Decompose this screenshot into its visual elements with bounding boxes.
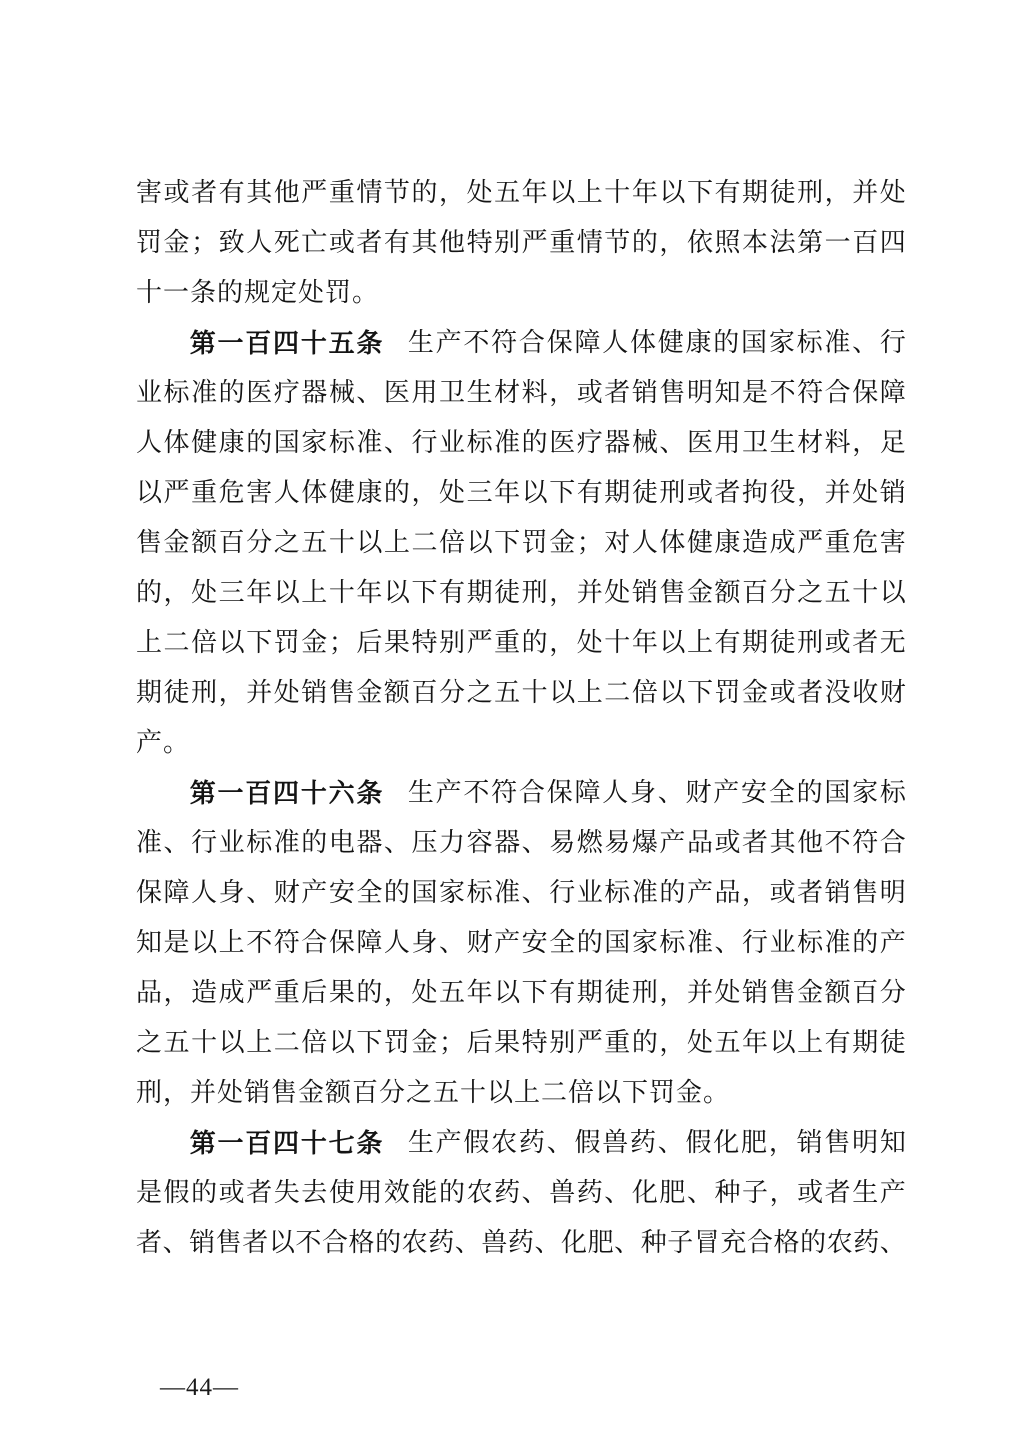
body-char: 准	[632, 868, 658, 918]
paragraph-indent	[136, 1118, 188, 1168]
body-char: 的	[356, 968, 382, 1018]
body-char: 售	[770, 968, 796, 1018]
body-char: 或	[770, 868, 796, 918]
body-char: 的	[632, 218, 658, 268]
body-char: 或	[797, 1168, 823, 1218]
body-char: 以	[136, 468, 162, 518]
body-char: 以	[219, 1018, 245, 1068]
body-char: 处	[714, 968, 740, 1018]
body-char: 以	[522, 468, 548, 518]
body-char: 、	[384, 418, 410, 468]
document-page: 害或者有其他严重情节的，处五年以上十年以下有期徒刑，并处罚金；致人死亡或者有其他…	[0, 0, 1024, 1448]
body-char: 器	[356, 818, 382, 868]
body-char: 节	[384, 168, 410, 218]
body-char: 是	[164, 918, 190, 968]
body-char: 额	[825, 968, 851, 1018]
body-char: 年	[356, 568, 382, 618]
body-char: 对	[604, 518, 630, 568]
body-char: 易	[604, 818, 630, 868]
text-line: 以严重危害人体健康的，处三年以下有期徒刑或者拘役，并处销	[136, 468, 906, 518]
body-char: ，	[769, 1118, 795, 1168]
body-char: 保	[329, 918, 355, 968]
body-char: 售	[659, 368, 685, 418]
body-char: 金	[742, 668, 768, 718]
body-char: 障	[164, 868, 190, 918]
body-char: 本	[742, 218, 768, 268]
body-char: 重	[191, 468, 217, 518]
body-char: 倍	[439, 518, 465, 568]
body-char: 生	[770, 418, 796, 468]
body-char: 准	[687, 918, 713, 968]
body-char: 、	[604, 1168, 630, 1218]
body-char: 下	[411, 568, 437, 618]
body-char: 燃	[577, 818, 603, 868]
body-char: 徒	[164, 668, 190, 718]
body-char: 之	[797, 568, 823, 618]
body-char: 业	[577, 868, 603, 918]
body-char: 体	[301, 468, 327, 518]
body-char: 体	[164, 418, 190, 468]
text-line: 刑，并处销售金额百分之五十以上二倍以下罚金。	[136, 1068, 906, 1118]
body-char: 特	[467, 218, 493, 268]
body-char: 者	[136, 1218, 162, 1268]
body-char: 别	[439, 618, 465, 668]
body-char: 国	[604, 918, 630, 968]
body-char: 上	[136, 618, 162, 668]
body-char: ；	[577, 518, 603, 568]
body-char: 售	[136, 518, 162, 568]
body-char: 其	[770, 818, 796, 868]
body-char: 障	[574, 318, 600, 368]
body-char: 重	[549, 218, 575, 268]
body-char: 果	[494, 1018, 520, 1068]
body-char: ，	[219, 668, 245, 718]
body-char: 以	[549, 168, 575, 218]
body-char: 去	[301, 1168, 327, 1218]
body-char: 下	[246, 618, 272, 668]
body-char: 用	[714, 418, 740, 468]
body-char: 、	[522, 818, 548, 868]
text-line: 上二倍以下罚金；后果特别严重的，处十年以上有期徒刑或者无	[136, 618, 906, 668]
body-char: 生	[467, 368, 493, 418]
body-char: 农	[402, 1218, 428, 1268]
body-char: 以	[329, 1018, 355, 1068]
body-char: 合	[825, 368, 851, 418]
body-char: 五	[439, 968, 465, 1018]
body-char: 品	[136, 968, 162, 1018]
body-char: 的	[577, 918, 603, 968]
body-char: 符	[491, 318, 517, 368]
body-char: 械	[632, 418, 658, 468]
body-char: 生	[408, 768, 434, 818]
body-char: 身	[411, 918, 437, 968]
body-char: 之	[136, 1018, 162, 1068]
body-char: 上	[577, 668, 603, 718]
body-char: 他	[439, 218, 465, 268]
body-char: 不	[295, 1218, 321, 1268]
body-char: 金	[549, 518, 575, 568]
body-char: 销	[797, 1118, 823, 1168]
body-char: 、	[522, 1168, 548, 1218]
body-char: 电	[329, 818, 355, 868]
body-char: 标	[467, 418, 493, 468]
body-char: 的	[191, 1168, 217, 1218]
body-char: 二	[164, 618, 190, 668]
body-char: 国	[824, 768, 850, 818]
body-char: 者	[714, 468, 740, 518]
paragraph-indent	[136, 768, 188, 818]
body-char: 疗	[577, 418, 603, 468]
body-char: 肥	[659, 1168, 685, 1218]
body-char: 人	[602, 318, 628, 368]
body-char: 者	[356, 218, 382, 268]
body-char: 行	[549, 868, 575, 918]
text-line: 知是以上不符合保障人身、财产安全的国家标准、行业标准的产	[136, 918, 906, 968]
body-char: 、	[547, 1118, 573, 1168]
article-heading-char: 十	[301, 1118, 327, 1168]
article-heading-char: 第	[190, 768, 216, 818]
body-char: 的	[301, 818, 327, 868]
body-char: 并	[577, 568, 603, 618]
body-char: 重	[274, 968, 300, 1018]
body-char: 行	[880, 318, 906, 368]
body-char: 的	[246, 418, 272, 468]
body-char: 不	[463, 318, 489, 368]
body-char: 有	[439, 568, 465, 618]
article-heading-char: 一	[218, 1118, 244, 1168]
body-char: 是	[136, 1168, 162, 1218]
body-char: 不	[246, 918, 272, 968]
body-char: 徒	[880, 1018, 906, 1068]
body-char: 体	[630, 318, 656, 368]
body-char: 器	[301, 368, 327, 418]
body-char: 知	[714, 368, 740, 418]
body-char: 罚	[714, 668, 740, 718]
body-char: 的	[439, 1168, 465, 1218]
body-char: 的	[384, 468, 410, 518]
body-char: 收	[852, 668, 878, 718]
body-char: 或	[164, 168, 190, 218]
article-heading-char: 百	[245, 318, 271, 368]
body-char: 刑	[632, 968, 658, 1018]
text-line: 害或者有其他严重情节的，处五年以上十年以下有期徒刑，并处	[136, 168, 906, 218]
body-char: 药	[494, 1168, 520, 1218]
body-char: 全	[769, 768, 795, 818]
body-char: 处	[274, 668, 300, 718]
body-char: 罚	[522, 518, 548, 568]
body-char: 有	[577, 468, 603, 518]
body-char: 料	[522, 368, 548, 418]
body-char: 以	[494, 968, 520, 1018]
body-char: 销	[301, 668, 327, 718]
text-line: 准、行业标准的电器、压力容器、易燃易爆产品或者其他不符合	[136, 818, 906, 868]
body-char: 知	[136, 918, 162, 968]
body-char: 倍	[301, 1018, 327, 1068]
body-char: 金	[797, 968, 823, 1018]
body-char: 者	[246, 1168, 272, 1218]
body-char: 倍	[632, 668, 658, 718]
body-char: 罚	[136, 218, 162, 268]
body-char: 兽	[602, 1118, 628, 1168]
body-char: 四	[880, 218, 906, 268]
text-line: 保障人身、财产安全的国家标准、行业标准的产品，或者销售明	[136, 868, 906, 918]
body-char: 人	[602, 768, 628, 818]
body-char: 行	[411, 418, 437, 468]
text-line: 第一百四十五条生产不符合保障人体健康的国家标准、行	[136, 318, 906, 368]
body-char: 业	[136, 368, 162, 418]
body-char: 行	[742, 918, 768, 968]
body-char: 罚	[274, 618, 300, 668]
body-char: 业	[219, 818, 245, 868]
body-char: 械	[329, 368, 355, 418]
body-char: 卫	[742, 418, 768, 468]
body-char: ，	[549, 368, 575, 418]
body-char: ，	[164, 568, 190, 618]
body-char: 五	[494, 168, 520, 218]
body-char: 安	[741, 768, 767, 818]
body-char: 使	[329, 1168, 355, 1218]
body-char: 后	[356, 618, 382, 668]
body-char: 足	[880, 418, 906, 468]
body-char: 产	[880, 918, 906, 968]
body-char: 家	[769, 318, 795, 368]
body-char: 百	[852, 218, 878, 268]
body-char: 期	[742, 618, 768, 668]
body-char: 安	[329, 868, 355, 918]
body-char: 、	[614, 1218, 640, 1268]
body-char: 医	[687, 418, 713, 468]
body-char: 的	[522, 418, 548, 468]
body-char: 业	[770, 918, 796, 968]
body-char: 别	[549, 1018, 575, 1068]
body-char: 二	[411, 518, 437, 568]
body-char: 徒	[604, 968, 630, 1018]
body-char: 并	[687, 968, 713, 1018]
body-char: 期	[852, 1018, 878, 1068]
body-char: 分	[439, 668, 465, 718]
body-char: 假	[164, 1168, 190, 1218]
article-heading-char: 四	[273, 768, 299, 818]
body-char: 拘	[742, 468, 768, 518]
body-char: 十	[329, 518, 355, 568]
body-char: 标	[164, 368, 190, 418]
body-char: ，	[797, 468, 823, 518]
body-char: 严	[577, 1018, 603, 1068]
body-char: 全	[356, 868, 382, 918]
body-char: 或	[329, 218, 355, 268]
body-char: 保	[547, 768, 573, 818]
body-char: 处	[577, 618, 603, 668]
body-char: 化	[561, 1218, 587, 1268]
article-heading-char: 五	[329, 318, 355, 368]
body-char: 、	[658, 1118, 684, 1168]
body-char: 严	[164, 468, 190, 518]
body-char: 国	[274, 418, 300, 468]
article-heading-char: 十	[301, 768, 327, 818]
body-char: 准	[136, 818, 162, 868]
body-char: 金	[164, 518, 190, 568]
body-char: ，	[549, 618, 575, 668]
body-char: 特	[411, 618, 437, 668]
body-char: 财	[686, 768, 712, 818]
body-char: 年	[632, 618, 658, 668]
body-char: 家	[439, 868, 465, 918]
body-char: ，	[825, 168, 851, 218]
body-char: 种	[641, 1218, 667, 1268]
body-char: 全	[549, 918, 575, 968]
body-char: 售	[329, 668, 355, 718]
text-line: 业标准的医疗器械、医用卫生材料，或者销售明知是不符合保障	[136, 368, 906, 418]
body-char: 期	[742, 168, 768, 218]
article-heading-char: 六	[329, 768, 355, 818]
body-char: 有	[714, 168, 740, 218]
body-char: 以	[659, 668, 685, 718]
text-line: 十一条的规定处罚。	[136, 268, 906, 318]
body-char: 额	[384, 668, 410, 718]
body-char: 的	[713, 318, 739, 368]
body-char: 准	[494, 418, 520, 468]
body-char: 严	[797, 518, 823, 568]
body-char: 种	[714, 1168, 740, 1218]
body-char: 标	[246, 818, 272, 868]
body-char: 财	[274, 868, 300, 918]
body-char: 保	[852, 368, 878, 418]
body-char: 、	[384, 818, 410, 868]
body-char: 处	[880, 168, 906, 218]
body-char: 二	[274, 1018, 300, 1068]
body-char: 财	[880, 668, 906, 718]
body-char: 刑	[659, 468, 685, 518]
body-char: 之	[467, 668, 493, 718]
body-char: 分	[246, 518, 272, 568]
body-char: 下	[522, 968, 548, 1018]
body-char: 化	[713, 1118, 739, 1168]
body-char: 金	[356, 668, 382, 718]
body-char: 的	[522, 618, 548, 668]
body-char: 、	[522, 868, 548, 918]
body-char: 其	[246, 168, 272, 218]
article-heading-char: 百	[245, 768, 271, 818]
body-char: 有	[219, 168, 245, 218]
article-heading-char: 一	[218, 768, 244, 818]
body-char: 标	[659, 918, 685, 968]
body-char: 处	[604, 568, 630, 618]
body-char: 之	[274, 518, 300, 568]
body-char: 压	[411, 818, 437, 868]
body-char: 额	[714, 568, 740, 618]
body-char: 后	[467, 1018, 493, 1068]
body-char: 是	[742, 368, 768, 418]
body-char: 兽	[481, 1218, 507, 1268]
article-heading-char: 四	[273, 318, 299, 368]
article-heading-char: 四	[273, 1118, 299, 1168]
body-char: 、	[687, 1168, 713, 1218]
body-char: 标	[329, 418, 355, 468]
body-char: 徒	[770, 618, 796, 668]
body-char: 金	[164, 218, 190, 268]
body-char: 果	[384, 618, 410, 668]
body-char: 十	[522, 668, 548, 718]
body-char: 十	[852, 568, 878, 618]
body-char: 身	[219, 868, 245, 918]
text-line: 期徒刑，并处销售金额百分之五十以上二倍以下罚金或者没收财	[136, 668, 906, 718]
body-char: 他	[797, 818, 823, 868]
body-char: 徒	[770, 168, 796, 218]
text-line: 产。	[136, 718, 906, 768]
body-char: 或	[687, 468, 713, 518]
body-char: 成	[219, 968, 245, 1018]
body-char: 生	[408, 1118, 434, 1168]
body-char: 年	[522, 168, 548, 218]
body-char: 障	[880, 368, 906, 418]
body-char: 以	[191, 918, 217, 968]
body-char: 销	[880, 468, 906, 518]
body-char: 分	[880, 968, 906, 1018]
heading-gap	[384, 768, 406, 818]
body-char: 人	[191, 868, 217, 918]
body-char: 百	[219, 518, 245, 568]
body-char: 情	[577, 218, 603, 268]
body-char: 的	[136, 568, 162, 618]
body-char: 家	[301, 418, 327, 468]
body-char: 以	[274, 568, 300, 618]
body-char: 、	[356, 368, 382, 418]
body-char: 器	[494, 818, 520, 868]
body-char: 十	[191, 1018, 217, 1068]
body-char: 十	[604, 168, 630, 218]
body-char: 标	[797, 318, 823, 368]
body-char: 售	[852, 868, 878, 918]
body-char: 人	[274, 468, 300, 518]
body-char: 、	[880, 1218, 906, 1268]
body-char: 障	[574, 768, 600, 818]
body-char: 效	[384, 1168, 410, 1218]
body-char: ，	[852, 418, 878, 468]
body-char: 材	[494, 368, 520, 418]
body-char: 上	[687, 618, 713, 668]
body-char: 产	[659, 818, 685, 868]
body-char: 五	[494, 668, 520, 718]
body-char: 符	[491, 768, 517, 818]
body-char: ；	[191, 218, 217, 268]
body-char: ，	[549, 568, 575, 618]
body-char: 处	[439, 468, 465, 518]
body-char: 、	[659, 418, 685, 468]
body-char: 医	[246, 368, 272, 418]
body-char: 的	[632, 1018, 658, 1068]
body-char: 二	[604, 668, 630, 718]
body-char: 产	[713, 768, 739, 818]
body-char: 康	[714, 518, 740, 568]
body-char: 刑	[191, 668, 217, 718]
text-block: 害或者有其他严重情节的，处五年以上十年以下有期徒刑，并处罚金；致人死亡或者有其他…	[136, 168, 906, 1268]
body-char: 有	[825, 1018, 851, 1068]
body-char: 者	[797, 868, 823, 918]
body-char: 百	[411, 668, 437, 718]
body-char: 子	[742, 1168, 768, 1218]
body-char: 期	[604, 468, 630, 518]
body-char: 五	[825, 568, 851, 618]
body-char: 危	[852, 518, 878, 568]
body-char: 康	[356, 468, 382, 518]
body-char: 、	[658, 768, 684, 818]
body-char: 售	[216, 1218, 242, 1268]
body-char: 成	[770, 518, 796, 568]
body-char: 上	[797, 1018, 823, 1068]
body-char: 家	[852, 768, 878, 818]
body-char: 康	[219, 418, 245, 468]
page-number: —44—	[160, 1368, 239, 1408]
